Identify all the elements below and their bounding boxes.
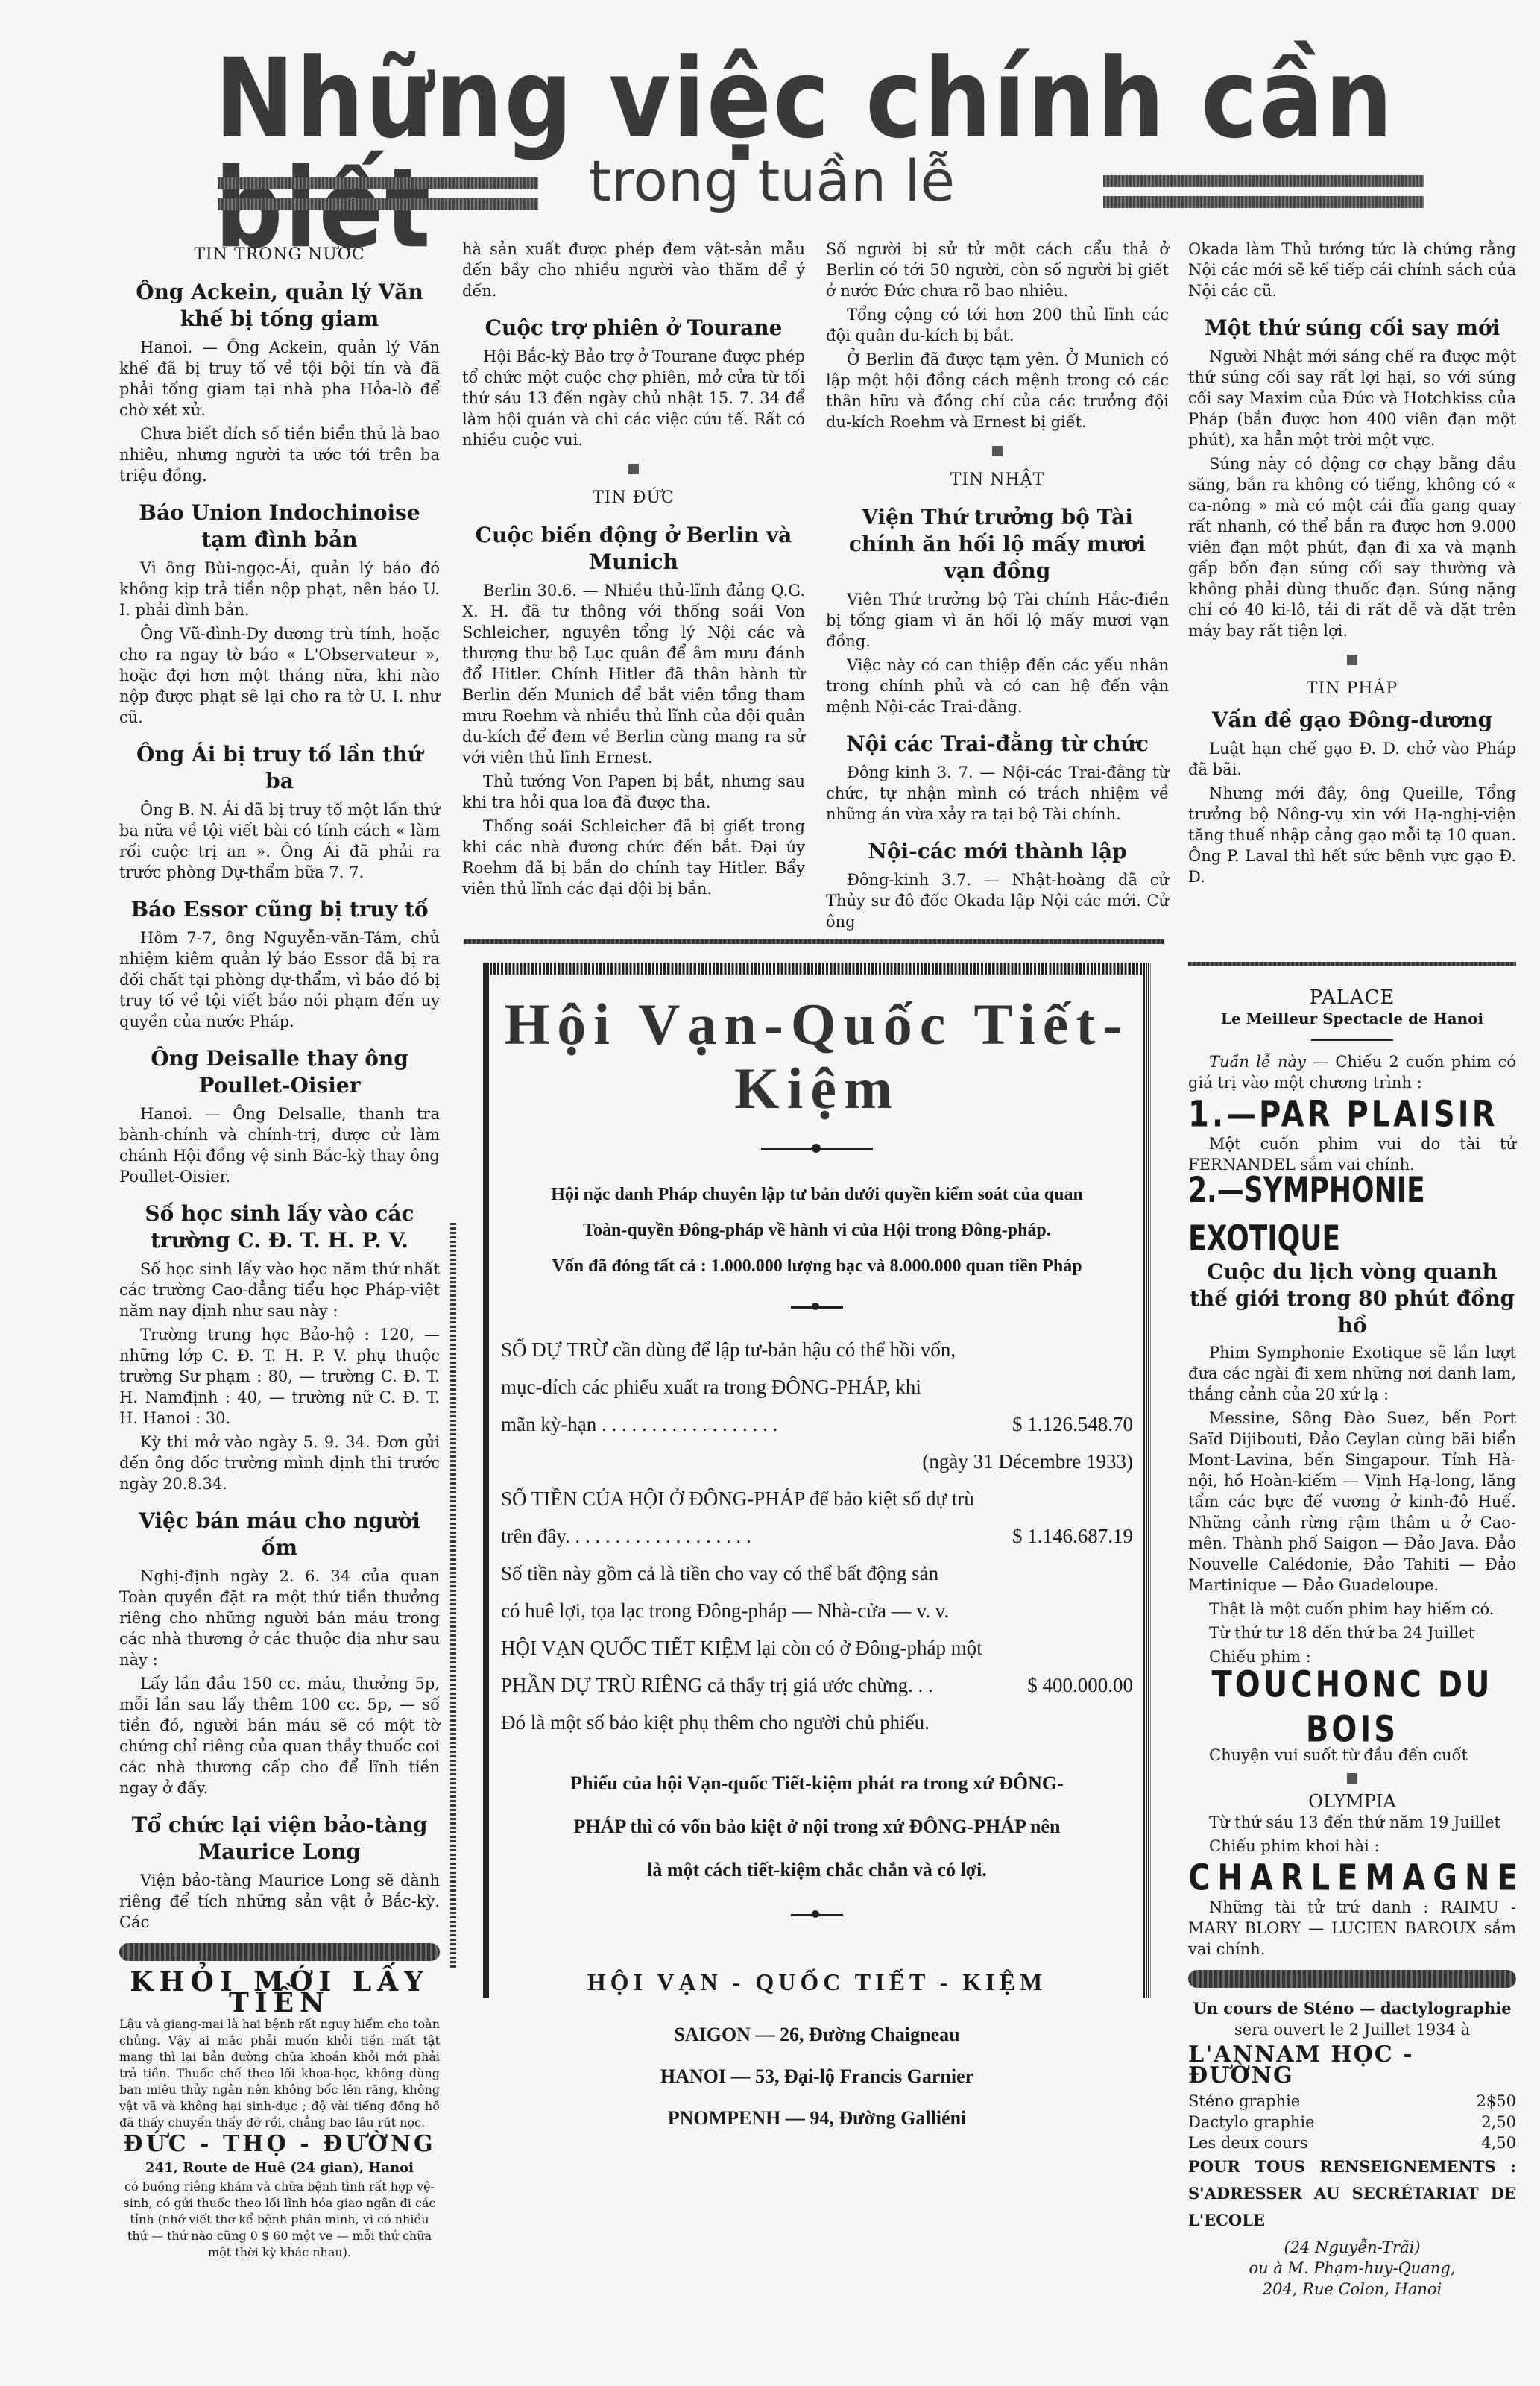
article-paragraph: Thủ tướng Von Papen bị bắt, nhưng sau kh… xyxy=(462,771,805,813)
section-heading: TIN ĐỨC xyxy=(462,488,805,509)
ad-organization: HỘI VẠN - QUỐC TIẾT - KIỆM xyxy=(501,1968,1133,1996)
film-title: 1.—PAR PLAISIR xyxy=(1188,1092,1516,1137)
ad-line: HỘI VẠN QUỐC TIẾT KIỆM lại còn có ở Đông… xyxy=(501,1629,1133,1666)
ad-body: SỐ DỰ TRỪ cần dùng để lập tư-bản hậu có … xyxy=(501,1331,1133,1741)
course-price: 2,50 xyxy=(1481,2112,1516,2132)
decorative-rule xyxy=(1103,168,1424,211)
horizontal-rule xyxy=(464,939,1164,944)
ad-lead-line: Vốn đã đóng tất cả : 1.000.000 lượng bạc… xyxy=(501,1248,1133,1284)
school-ad: Un cours de Sténo — dactylographie sera … xyxy=(1188,1998,1516,2300)
article-paragraph: Berlin 30.6. — Nhiều thủ-lĩnh đảng Q.G. … xyxy=(462,580,805,768)
article-paragraph: Hội Bắc-kỳ Bảo trợ ở Tourane được phép t… xyxy=(462,346,805,450)
showing-label: Chiếu phim khoi hài : xyxy=(1188,1836,1516,1857)
showing-dates: Từ thứ tư 18 đến thứ ba 24 Juillet xyxy=(1188,1622,1516,1643)
article-paragraph: Nhưng mới đây, ông Queille, Tổng trưởng … xyxy=(1188,783,1516,887)
article-paragraph: Súng này có động cơ chạy bằng dầu săng, … xyxy=(1188,453,1516,641)
column-japan-news: Số người bị sử tử một cách cẩu thả ở Ber… xyxy=(826,239,1169,935)
ad-closing-line: PHÁP thì có vốn bảo kiệt ở nội trong xứ … xyxy=(501,1805,1133,1848)
school-intro: Un cours de Sténo — dactylographie xyxy=(1188,1998,1516,2019)
section-heading: TIN PHÁP xyxy=(1188,679,1516,699)
cinema-name: OLYMPIA xyxy=(1188,1791,1516,1812)
article-paragraph: Luật hạn chế gạo Đ. D. chở vào Pháp đã b… xyxy=(1188,738,1516,780)
ad-footer: có buồng riêng khám và chữa bệnh tình rấ… xyxy=(119,2179,440,2261)
article-headline: Báo Essor cũng bị truy tố xyxy=(119,896,440,923)
article-paragraph: Người Nhật mới sáng chế ra được một thứ … xyxy=(1188,346,1516,450)
ad-line: Đó là một số bảo kiệt phụ thêm cho người… xyxy=(501,1704,1133,1741)
film-title: CHARLEMAGNE xyxy=(1188,1856,1516,1901)
price-row: Les deux cours 4,50 xyxy=(1188,2132,1516,2153)
section-bullet-icon xyxy=(628,464,639,474)
article-paragraph: Trường trung học Bảo-hộ : 120, — những l… xyxy=(119,1324,440,1429)
article-paragraph: Kỳ thi mở vào ngày 5. 9. 34. Đơn gửi đến… xyxy=(119,1432,440,1494)
article-headline: Một thứ súng cối say mới xyxy=(1188,315,1516,341)
ad-address: 241, Route de Huê (24 gian), Hanoi xyxy=(119,2158,440,2179)
article-headline: Ông Deisalle thay ông Poullet-Oisier xyxy=(119,1045,440,1099)
ad-amount-label: trên đây. . . . . . . . . . . . . . . . … xyxy=(501,1517,751,1555)
section-heading: TIN TRONG NƯỚC xyxy=(119,245,440,265)
article-paragraph: Okada làm Thủ tướng tức là chứng rằng Nộ… xyxy=(1188,239,1516,301)
school-contact: ou à M. Phạm-huy-Quang, xyxy=(1188,2258,1516,2279)
course-price: 4,50 xyxy=(1481,2132,1516,2153)
ad-lead-line: Hội nặc danh Pháp chuyên lập tư bản dưới… xyxy=(501,1177,1133,1212)
article-paragraph: Ở Berlin đã được tạm yên. Ở Munich có lậ… xyxy=(826,349,1169,432)
ad-amount-value: $ 1.146.687.19 xyxy=(1012,1517,1133,1555)
film-subtitle: Cuộc du lịch vòng quanh thế giới trong 8… xyxy=(1188,1259,1516,1339)
ad-address: PNOMPENH — 94, Đường Galliéni xyxy=(501,2097,1133,2139)
article-paragraph: Việc này có can thiệp đến các yếu nhân t… xyxy=(826,655,1169,717)
school-contact: POUR TOUS RENSEIGNEMENTS : S'ADRESSER AU… xyxy=(1188,2153,1516,2234)
ad-date: (ngày 31 Décembre 1933) xyxy=(501,1443,1133,1480)
medicine-ad: KHỎI MỚI LẤY TIỀN Lậu và giang-mai là ha… xyxy=(119,1971,440,2261)
article-paragraph: Hanoi. — Ông Delsalle, thanh tra bành-ch… xyxy=(119,1104,440,1187)
article-headline: Báo Union Indochinoise tạm đình bản xyxy=(119,500,440,553)
horizontal-rule xyxy=(1188,962,1516,966)
film-description: Thật là một cuốn phim hay hiếm có. xyxy=(1188,1599,1516,1619)
ad-lead-line: Toàn-quyền Đông-pháp về hành vi của Hội … xyxy=(501,1212,1133,1248)
section-heading: TIN NHẬT xyxy=(826,470,1169,491)
article-paragraph: Viện bảo-tàng Maurice Long sẽ dành riêng… xyxy=(119,1870,440,1933)
article-paragraph: Số người bị sử tử một cách cẩu thả ở Ber… xyxy=(826,239,1169,301)
article-headline: Số học sinh lấy vào các trường C. Đ. T. … xyxy=(119,1200,440,1254)
section-bullet-icon xyxy=(1347,1773,1357,1784)
column-world-news: Okada làm Thủ tướng tức là chứng rằng Nộ… xyxy=(1188,239,1516,890)
ad-amount-label: mãn kỳ-hạn . . . . . . . . . . . . . . .… xyxy=(501,1406,777,1443)
intro-italic: Tuần lễ này xyxy=(1209,1053,1306,1071)
ad-line: Số tiền này gồm cả là tiền cho vay có th… xyxy=(501,1555,1133,1592)
school-name: L'ANNAM HỌC - ĐƯỜNG xyxy=(1188,2045,1516,2086)
film-title: 2.—SYMPHONIE EXOTIQUE xyxy=(1188,1167,1516,1264)
cinema-tagline: Le Meilleur Spectacle de Hanoi xyxy=(1188,1008,1516,1029)
article-headline: Ông Ái bị truy tố lần thứ ba xyxy=(119,741,440,795)
savings-society-ad: Hội Vạn-Quốc Tiết-Kiệm Hội nặc danh Pháp… xyxy=(477,957,1157,2004)
article-paragraph: Vì ông Bùi-ngọc-Ái, quản lý báo đó không… xyxy=(119,558,440,620)
article-headline: Ông Ackein, quản lý Văn khế bị tống giam xyxy=(119,279,440,333)
article-paragraph: Đông kinh 3. 7. — Nội-các Trai-đằng từ c… xyxy=(826,762,1169,825)
article-paragraph: Chưa biết đích số tiền biển thủ là bao n… xyxy=(119,424,440,486)
article-headline: Tổ chức lại viện bảo-tàng Maurice Long xyxy=(119,1812,440,1866)
film-description: Phim Symphonie Exotique sẽ lần lượt đưa … xyxy=(1188,1342,1516,1405)
article-headline: Nội-các mới thành lập xyxy=(826,838,1169,865)
article-paragraph: Hôm 7-7, ông Nguyễn-văn-Tám, chủ nhiệm k… xyxy=(119,928,440,1032)
article-paragraph: Thống soái Schleicher đã bị giết trong k… xyxy=(462,816,805,899)
ad-line: SỐ TIỀN CỦA HỘI Ở ĐÔNG-PHÁP để bảo kiệt … xyxy=(501,1480,1133,1517)
ad-title: KHỎI MỚI LẤY TIỀN xyxy=(119,1971,440,2013)
article-paragraph: Viên Thứ trưởng bộ Tài chính Hắc-điền bị… xyxy=(826,589,1169,652)
school-contact: 204, Rue Colon, Hanoi xyxy=(1188,2279,1516,2300)
cinema-name: PALACE xyxy=(1188,987,1516,1008)
page-subtitle: trong tuần lễ xyxy=(589,153,955,210)
ad-address: HANOI — 53, Đại-lộ Francis Garnier xyxy=(501,2056,1133,2097)
ad-amount-row: PHẦN DỰ TRÙ RIÊNG cả thẩy trị giá ước ch… xyxy=(501,1666,1133,1704)
ad-closing-line: Phiếu của hội Vạn-quốc Tiết-kiệm phát ra… xyxy=(501,1762,1133,1805)
price-row: Sténo graphie 2$50 xyxy=(1188,2091,1516,2112)
cinema-intro: Tuần lễ này — Chiếu 2 cuốn phim có giá t… xyxy=(1188,1051,1516,1093)
school-contact: (24 Nguyễn-Trãi) xyxy=(1188,2237,1516,2258)
article-paragraph: hà sản xuất được phép đem vật-sản mẫu đế… xyxy=(462,239,805,301)
film-description: Những tài tử trứ danh : RAIMU - MARY BLO… xyxy=(1188,1897,1516,1960)
article-paragraph: Số học sinh lấy vào học năm thứ nhất các… xyxy=(119,1259,440,1321)
ad-line: SỐ DỰ TRỪ cần dùng để lập tư-bản hậu có … xyxy=(501,1331,1133,1368)
ad-title: Hội Vạn-Quốc Tiết-Kiệm xyxy=(501,992,1133,1121)
divider xyxy=(1311,1039,1393,1041)
course-name: Dactylo graphie xyxy=(1188,2112,1315,2132)
course-name: Sténo graphie xyxy=(1188,2091,1300,2112)
ad-address: SAIGON — 26, Đường Chaigneau xyxy=(501,2014,1133,2056)
article-paragraph: Tổng cộng có tới hơn 200 thủ lĩnh các độ… xyxy=(826,304,1169,346)
ad-amount-row: trên đây. . . . . . . . . . . . . . . . … xyxy=(501,1517,1133,1555)
ad-line: có huê lợi, tọa lạc trong Đông-pháp — Nh… xyxy=(501,1592,1133,1629)
ad-amount-row: mãn kỳ-hạn . . . . . . . . . . . . . . .… xyxy=(501,1406,1133,1443)
ad-body: Lậu và giang-mai là hai bệnh rất nguy hi… xyxy=(119,2016,440,2131)
section-bullet-icon xyxy=(992,446,1003,456)
ad-amount-value: $ 400.000.00 xyxy=(1027,1666,1133,1704)
ad-line: mục-đích các phiếu xuất ra trong ĐÔNG-PH… xyxy=(501,1368,1133,1406)
article-headline: Việc bán máu cho người ốm xyxy=(119,1508,440,1561)
school-intro: sera ouvert le 2 Juillet 1934 à xyxy=(1188,2019,1516,2040)
article-paragraph: Đông-kinh 3.7. — Nhật-hoàng đã cử Thủy s… xyxy=(826,869,1169,932)
article-headline: Cuộc biến động ở Berlin và Munich xyxy=(462,522,805,576)
article-paragraph: Lấy lần đầu 150 cc. máu, thưởng 5p, mỗi … xyxy=(119,1673,440,1798)
vertical-rule xyxy=(450,1223,456,1968)
film-description: Messine, Sông Đào Suez, bến Port Saïd Di… xyxy=(1188,1408,1516,1596)
masthead: Những việc chính cần biết trong tuần lễ xyxy=(0,0,1540,224)
section-bullet-icon xyxy=(1347,655,1357,665)
course-name: Les deux cours xyxy=(1188,2132,1307,2153)
decorative-rule xyxy=(218,170,538,213)
column-german-news: hà sản xuất được phép đem vật-sản mẫu đế… xyxy=(462,239,805,902)
course-price: 2$50 xyxy=(1477,2091,1516,2112)
decorative-divider xyxy=(1188,1970,1516,1988)
showing-dates: Từ thứ sáu 13 đến thứ năm 19 Juillet xyxy=(1188,1812,1516,1833)
ad-amount-label: PHẦN DỰ TRÙ RIÊNG cả thẩy trị giá ước ch… xyxy=(501,1666,933,1704)
article-headline: Viện Thứ trưởng bộ Tài chính ăn hối lộ m… xyxy=(826,504,1169,585)
ad-brand: ĐỨC - THỌ - ĐƯỜNG xyxy=(119,2134,440,2155)
article-paragraph: Ông B. N. Ái đã bị truy tố một lần thứ b… xyxy=(119,799,440,883)
article-paragraph: Ông Vũ-đình-Dy đương trù tính, hoặc cho … xyxy=(119,623,440,728)
ad-closing-line: là một cách tiết-kiệm chắc chắn và có lợ… xyxy=(501,1848,1133,1892)
ornament-divider xyxy=(761,1148,873,1150)
article-headline: Nội các Trai-đằng từ chức xyxy=(826,731,1169,758)
price-row: Dactylo graphie 2,50 xyxy=(1188,2112,1516,2132)
article-headline: Cuộc trợ phiên ở Tourane xyxy=(462,315,805,341)
article-paragraph: Nghị-định ngày 2. 6. 34 của quan Toàn qu… xyxy=(119,1566,440,1670)
column-cinema: PALACE Le Meilleur Spectacle de Hanoi Tu… xyxy=(1188,983,1516,2300)
ad-closing: Phiếu của hội Vạn-quốc Tiết-kiệm phát ra… xyxy=(501,1762,1133,1892)
decorative-divider xyxy=(119,1943,440,1961)
ornament-divider xyxy=(791,1914,843,1916)
film-title: TOUCHONC DU BOIS xyxy=(1188,1663,1516,1752)
ornament-divider xyxy=(791,1306,843,1309)
ad-amount-value: $ 1.126.548.70 xyxy=(1012,1406,1133,1443)
column-domestic-news: TIN TRONG NƯỚC Ông Ackein, quản lý Văn k… xyxy=(119,239,440,2264)
article-headline: Vấn đề gạo Đông-dương xyxy=(1188,707,1516,734)
article-paragraph: Hanoi. — Ông Ackein, quản lý Văn khế đã … xyxy=(119,337,440,421)
